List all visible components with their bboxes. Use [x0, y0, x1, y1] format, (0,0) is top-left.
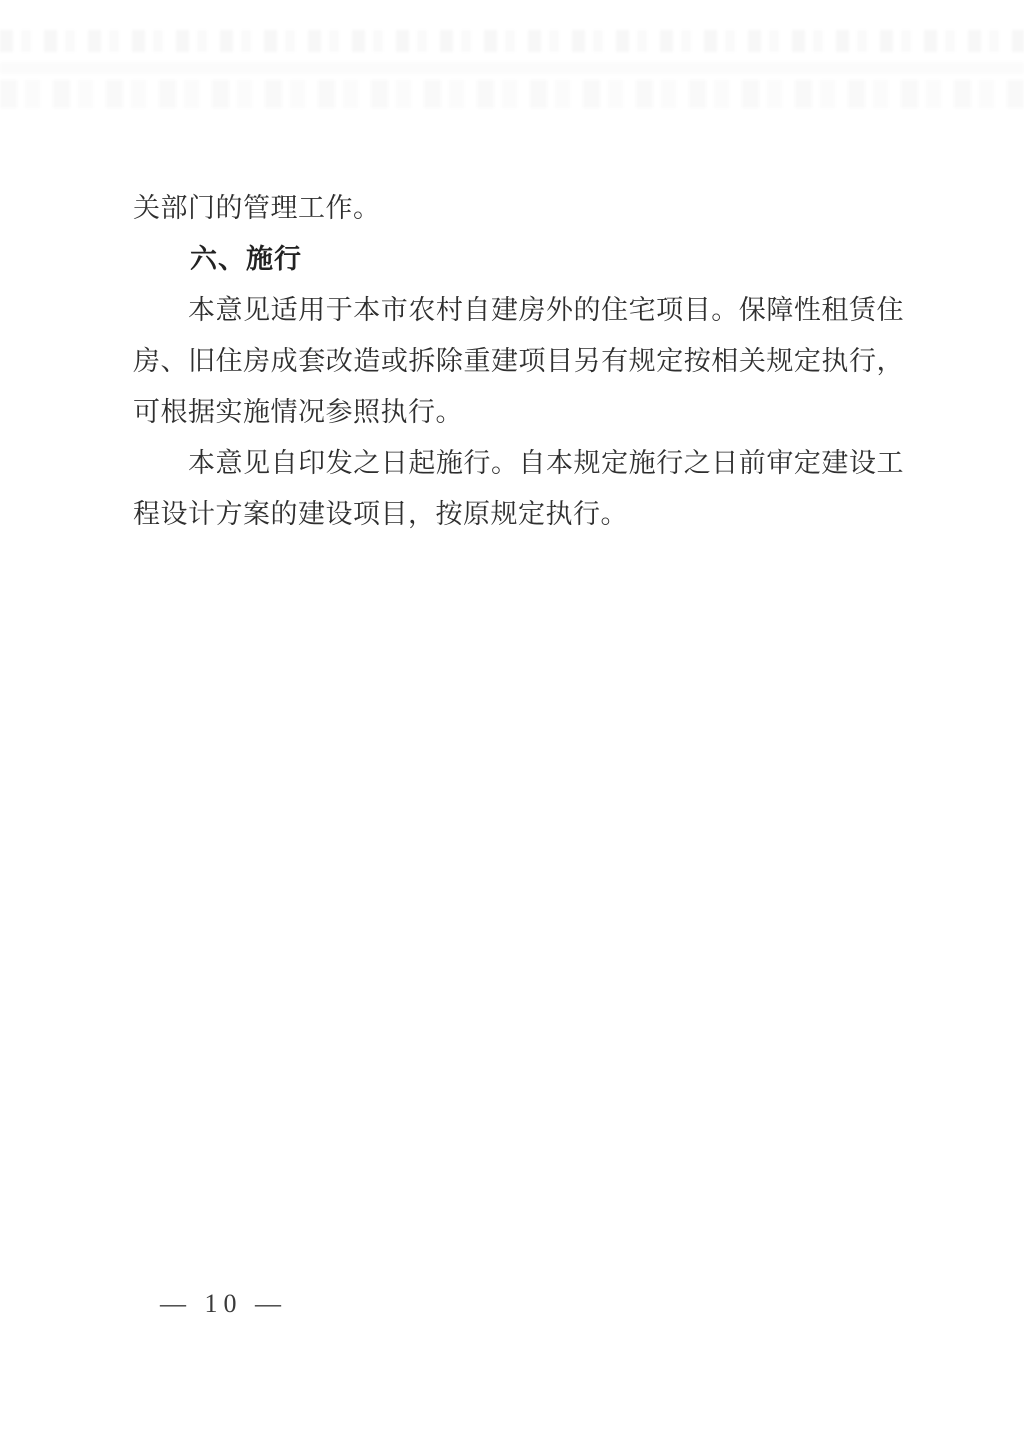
section-heading: 六、施行 — [133, 234, 904, 285]
paragraph-2-line-1: 本意见自印发之日起施行。自本规定施行之日前审定建设工 — [133, 438, 904, 489]
document-page: 关部门的管理工作。 六、施行 本意见适用于本市农村自建房外的住宅项目。保障性租赁… — [0, 0, 1024, 1448]
paragraph-1-line-3: 可根据实施情况参照执行。 — [133, 387, 904, 438]
paragraph-2-line-2: 程设计方案的建设项目，按原规定执行。 — [133, 489, 904, 540]
paragraph-1-line-2: 房、旧住房成套改造或拆除重建项目另有规定按相关规定执行， — [133, 336, 904, 387]
document-text-block: 关部门的管理工作。 六、施行 本意见适用于本市农村自建房外的住宅项目。保障性租赁… — [133, 183, 904, 540]
watermark-texture-row-2 — [0, 80, 1024, 108]
paragraph-1-line-1: 本意见适用于本市农村自建房外的住宅项目。保障性租赁住 — [133, 285, 904, 336]
page-number: — 10 — — [160, 1288, 287, 1320]
paragraph-continuation-line: 关部门的管理工作。 — [133, 183, 904, 234]
watermark-texture-row-1 — [0, 30, 1024, 52]
watermark-texture-band — [0, 62, 1024, 74]
